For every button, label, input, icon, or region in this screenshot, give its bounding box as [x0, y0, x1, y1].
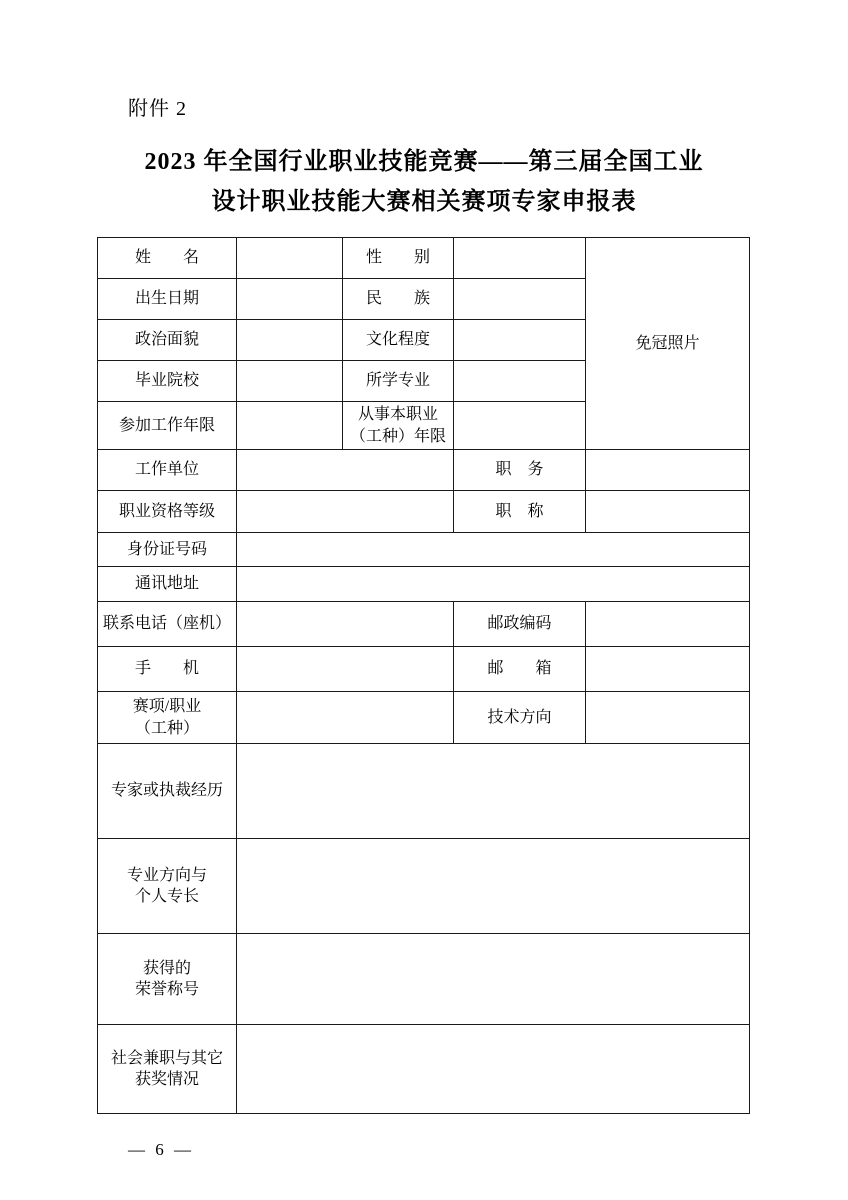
field-label-mobile: 手 机 [98, 647, 237, 692]
social-line-2: 获奖情况 [100, 1069, 234, 1091]
field-value-major[interactable] [454, 361, 586, 402]
field-label-landline: 联系电话（座机） [98, 602, 237, 647]
photo-placeholder: 免冠照片 [586, 238, 750, 450]
field-value-birth-date[interactable] [237, 279, 343, 320]
field-label-honors: 获得的 荣誉称号 [98, 934, 237, 1025]
field-label-mailing-address: 通讯地址 [98, 567, 237, 602]
field-label-social: 社会兼职与其它 获奖情况 [98, 1025, 237, 1114]
field-label-gender: 性 别 [343, 238, 454, 279]
specialty-line-2: 个人专长 [100, 886, 234, 908]
field-label-major: 所学专业 [343, 361, 454, 402]
table-row: 工作单位 职 务 [98, 450, 750, 491]
table-row: 社会兼职与其它 获奖情况 [98, 1025, 750, 1114]
specialty-line-1: 专业方向与 [100, 865, 234, 887]
document-page: 附件 2 2023 年全国行业职业技能竞赛——第三届全国工业 设计职业技能大赛相… [0, 0, 848, 1200]
field-value-work-years[interactable] [237, 402, 343, 450]
field-label-postal-code: 邮政编码 [454, 602, 586, 647]
field-value-name[interactable] [237, 238, 343, 279]
title-line-2: 设计职业技能大赛相关赛项专家申报表 [0, 182, 848, 222]
field-label-specialty: 专业方向与 个人专长 [98, 839, 237, 934]
table-row: 通讯地址 [98, 567, 750, 602]
field-value-mailing-address[interactable] [237, 567, 750, 602]
occupation-years-line-2: （工种）年限 [345, 426, 451, 448]
table-row: 获得的 荣誉称号 [98, 934, 750, 1025]
field-label-professional-title: 职 称 [454, 491, 586, 533]
field-value-qualification-level[interactable] [237, 491, 454, 533]
field-label-email: 邮 箱 [454, 647, 586, 692]
field-value-gender[interactable] [454, 238, 586, 279]
field-label-technical-direction: 技术方向 [454, 692, 586, 744]
table-row: 专家或执裁经历 [98, 744, 750, 839]
field-label-graduate-school: 毕业院校 [98, 361, 237, 402]
field-label-occupation-years: 从事本职业 （工种）年限 [343, 402, 454, 450]
table-row: 职业资格等级 职 称 [98, 491, 750, 533]
event-occupation-line-1: 赛项/职业 [100, 696, 234, 718]
table-row: 姓 名 性 别 免冠照片 [98, 238, 750, 279]
field-label-ethnicity: 民 族 [343, 279, 454, 320]
table-row: 联系电话（座机） 邮政编码 [98, 602, 750, 647]
field-value-technical-direction[interactable] [586, 692, 750, 744]
field-value-id-number[interactable] [237, 533, 750, 567]
field-value-graduate-school[interactable] [237, 361, 343, 402]
field-label-id-number: 身份证号码 [98, 533, 237, 567]
field-value-expert-experience[interactable] [237, 744, 750, 839]
table-row: 专业方向与 个人专长 [98, 839, 750, 934]
table-row: 身份证号码 [98, 533, 750, 567]
field-value-social[interactable] [237, 1025, 750, 1114]
field-label-work-years: 参加工作年限 [98, 402, 237, 450]
field-value-honors[interactable] [237, 934, 750, 1025]
field-label-work-unit: 工作单位 [98, 450, 237, 491]
field-value-professional-title[interactable] [586, 491, 750, 533]
page-number: — 6 — [128, 1140, 194, 1160]
attachment-label: 附件 2 [128, 92, 187, 121]
field-label-name: 姓 名 [98, 238, 237, 279]
application-form-table: 姓 名 性 别 免冠照片 出生日期 民 族 政治面貌 文化程度 毕业院校 所学专… [97, 237, 750, 1114]
field-value-political-status[interactable] [237, 320, 343, 361]
field-label-birth-date: 出生日期 [98, 279, 237, 320]
field-label-education-level: 文化程度 [343, 320, 454, 361]
social-line-1: 社会兼职与其它 [100, 1048, 234, 1070]
table-row: 手 机 邮 箱 [98, 647, 750, 692]
field-label-expert-experience: 专家或执裁经历 [98, 744, 237, 839]
field-label-political-status: 政治面貌 [98, 320, 237, 361]
field-label-qualification-level: 职业资格等级 [98, 491, 237, 533]
table-row: 赛项/职业 （工种） 技术方向 [98, 692, 750, 744]
occupation-years-line-1: 从事本职业 [345, 404, 451, 426]
field-value-email[interactable] [586, 647, 750, 692]
field-value-landline[interactable] [237, 602, 454, 647]
event-occupation-line-2: （工种） [100, 718, 234, 740]
honors-line-2: 荣誉称号 [100, 979, 234, 1001]
field-value-education-level[interactable] [454, 320, 586, 361]
document-title: 2023 年全国行业职业技能竞赛——第三届全国工业 设计职业技能大赛相关赛项专家… [0, 142, 848, 222]
field-value-work-unit[interactable] [237, 450, 454, 491]
field-value-mobile[interactable] [237, 647, 454, 692]
field-value-postal-code[interactable] [586, 602, 750, 647]
title-line-1: 2023 年全国行业职业技能竞赛——第三届全国工业 [0, 142, 848, 182]
field-value-occupation-years[interactable] [454, 402, 586, 450]
field-value-ethnicity[interactable] [454, 279, 586, 320]
field-label-event-occupation: 赛项/职业 （工种） [98, 692, 237, 744]
field-label-position: 职 务 [454, 450, 586, 491]
field-value-specialty[interactable] [237, 839, 750, 934]
field-value-event-occupation[interactable] [237, 692, 454, 744]
field-value-position[interactable] [586, 450, 750, 491]
honors-line-1: 获得的 [100, 958, 234, 980]
